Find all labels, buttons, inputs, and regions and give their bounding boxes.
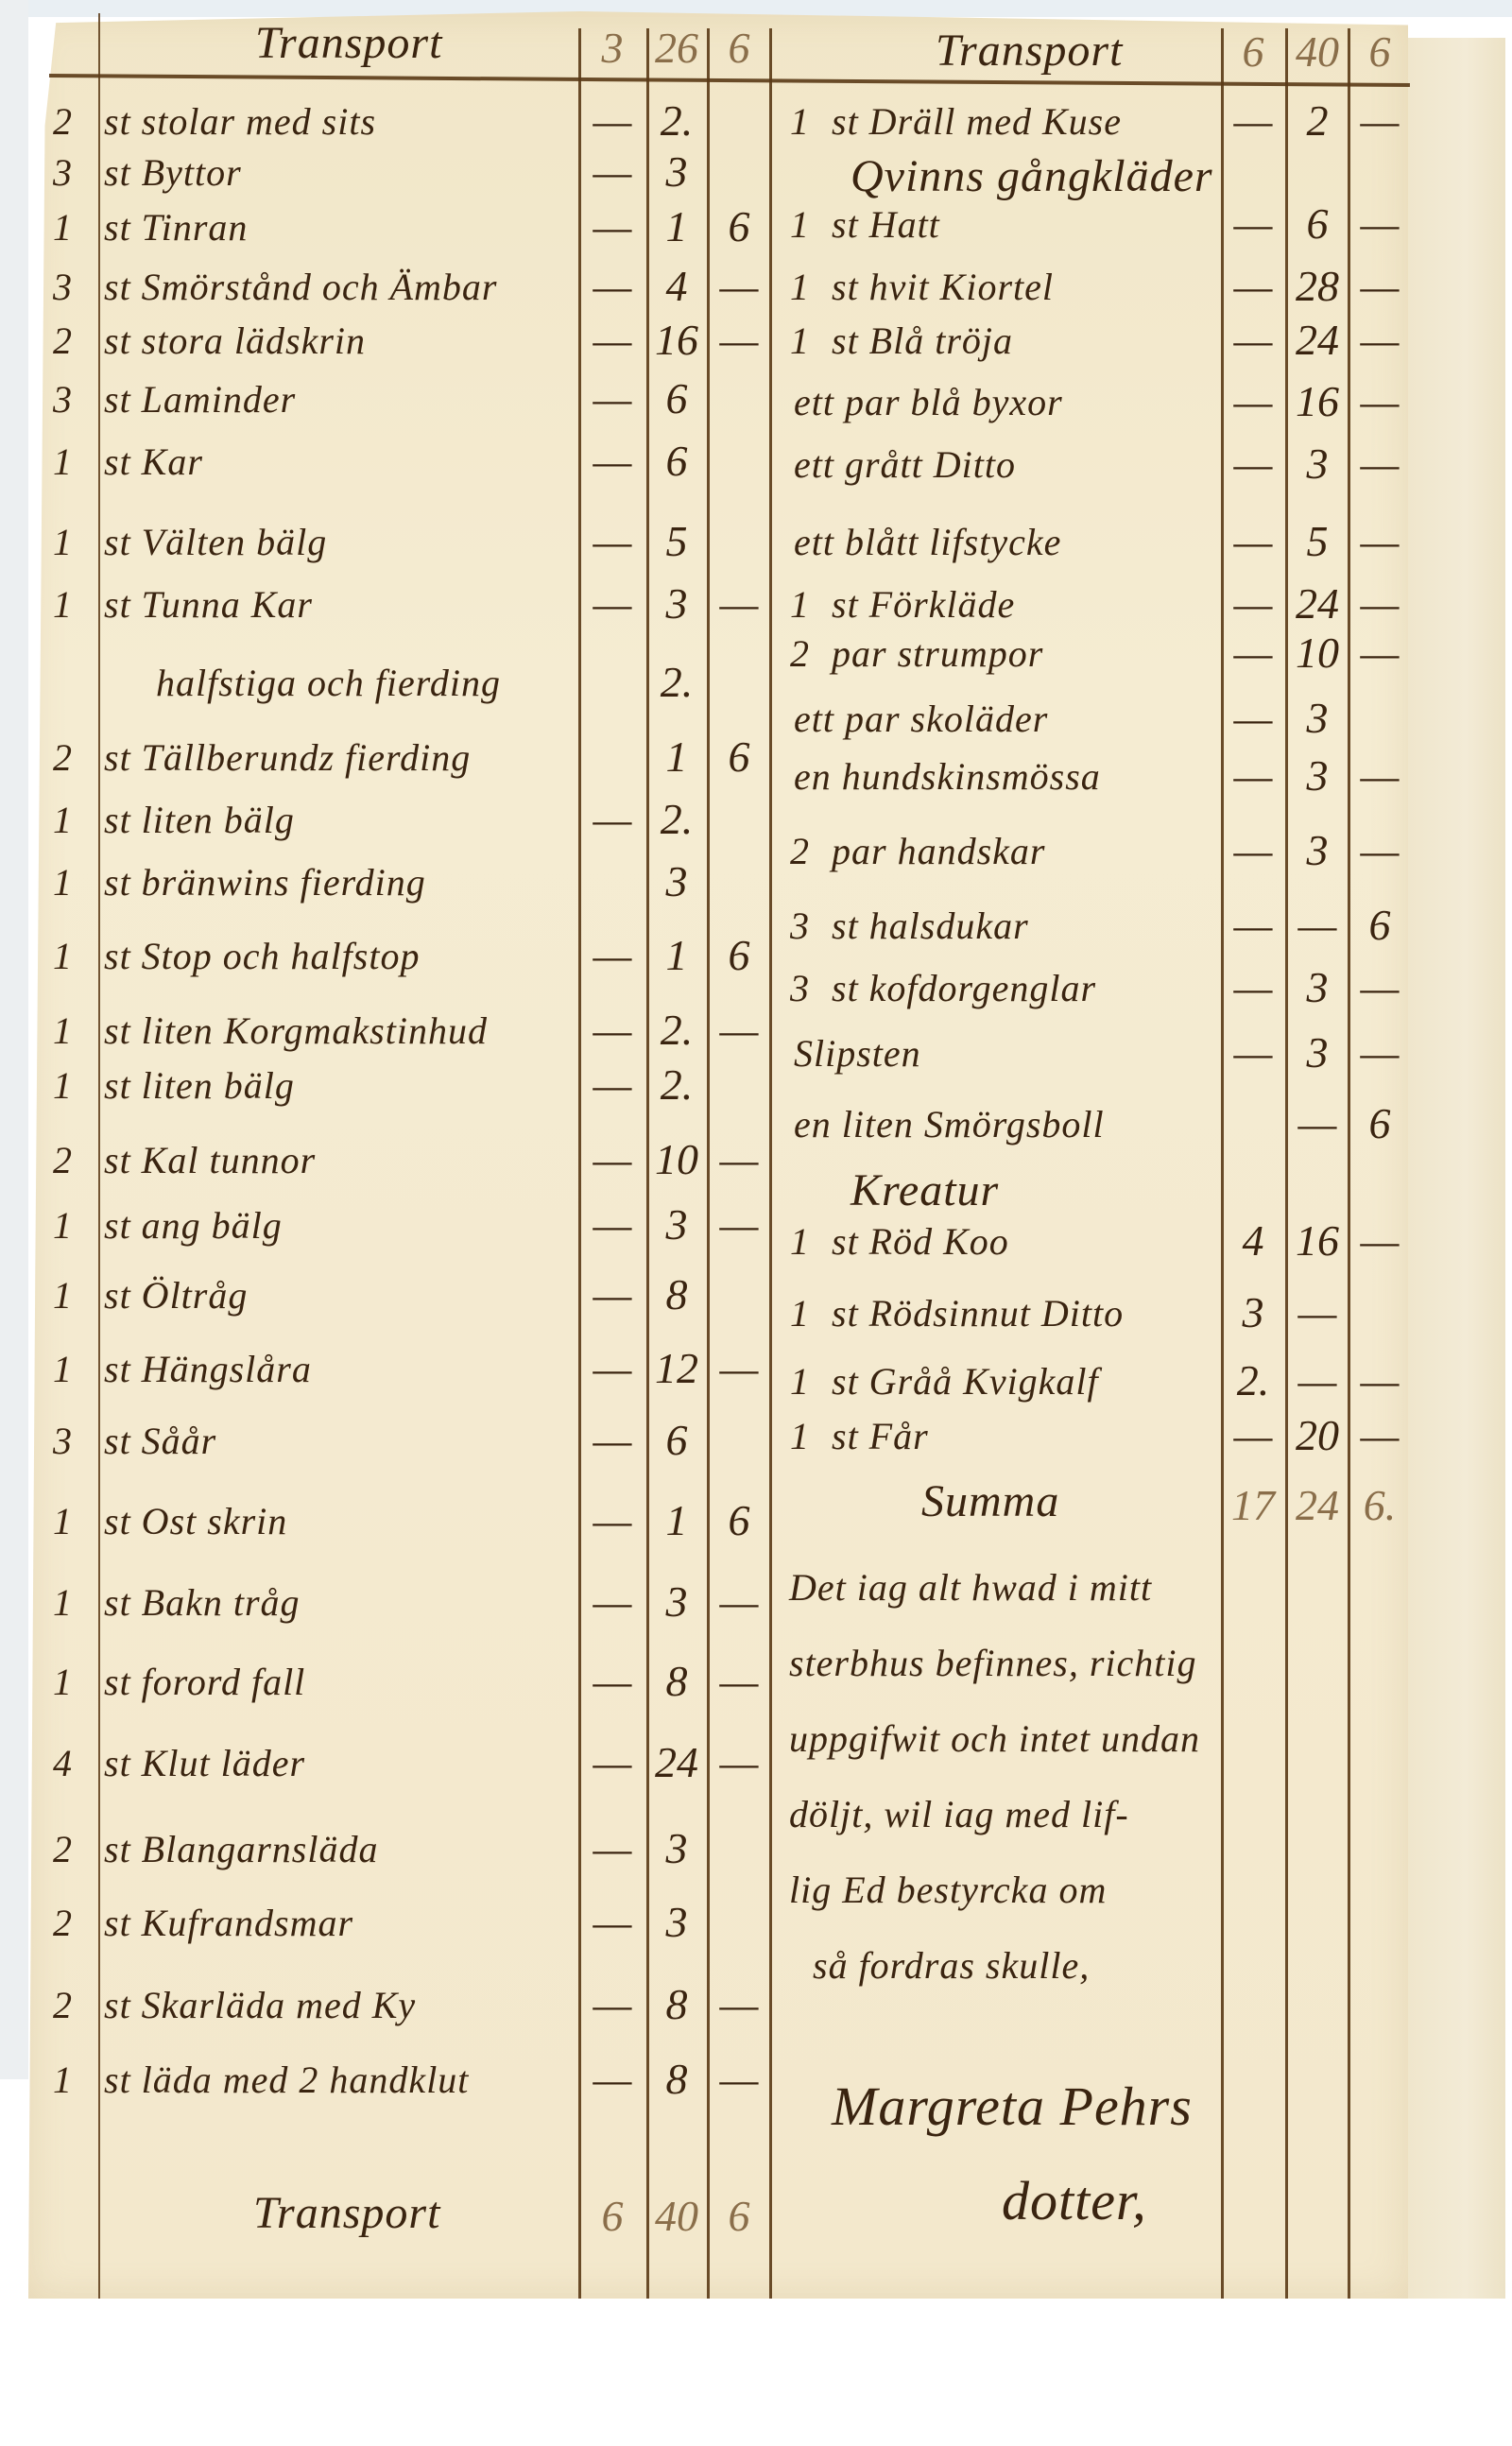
row-daler: — bbox=[584, 1983, 641, 2026]
row-runstycken: — bbox=[711, 1203, 767, 1247]
left-footer-skilling: 40 bbox=[648, 2195, 705, 2238]
row-quantity: 1 bbox=[790, 268, 810, 306]
row-description: st Kal tunnor bbox=[104, 1142, 316, 1180]
row-skilling: 3 bbox=[648, 582, 705, 626]
row-quantity: 1 bbox=[790, 1295, 810, 1333]
row-quantity: 1 bbox=[53, 938, 73, 975]
row-skilling: — bbox=[1289, 1291, 1346, 1335]
row-runstycken: — bbox=[1351, 99, 1408, 143]
row-skilling: 5 bbox=[1289, 520, 1346, 563]
row-description: st Får bbox=[832, 1418, 929, 1456]
right-header-daler: 6 bbox=[1225, 30, 1281, 74]
row-skilling: 3 bbox=[648, 1827, 705, 1870]
left-col1-rule bbox=[578, 28, 581, 2299]
left-footer-daler: 6 bbox=[584, 2195, 641, 2238]
row-description: st Klut läder bbox=[104, 1745, 305, 1783]
row-skilling: 8 bbox=[648, 1660, 705, 1703]
row-description: st Röd Koo bbox=[832, 1223, 1009, 1261]
row-skilling: 3 bbox=[648, 150, 705, 194]
row-runstycken: — bbox=[1351, 319, 1408, 362]
row-daler: — bbox=[584, 1741, 641, 1784]
row-description: Slipsten bbox=[794, 1035, 921, 1073]
row-quantity: 1 bbox=[53, 2061, 73, 2099]
row-runstycken: — bbox=[1351, 265, 1408, 308]
row-quantity: 2 bbox=[53, 1904, 73, 1942]
row-daler: — bbox=[1225, 99, 1281, 143]
row-skilling: 8 bbox=[648, 1983, 705, 2026]
row-skilling: 3 bbox=[1289, 697, 1346, 740]
section-heading-label: Qvinns gångkläder bbox=[850, 154, 1213, 199]
row-daler: — bbox=[584, 934, 641, 977]
row-description: par handskar bbox=[832, 833, 1045, 870]
row-description: st stolar med sits bbox=[104, 103, 376, 141]
row-quantity: 1 bbox=[790, 586, 810, 624]
row-quantity: 2 bbox=[790, 635, 810, 673]
row-daler: — bbox=[584, 99, 641, 143]
signature-line-2: dotter, bbox=[1002, 2174, 1147, 2229]
row-skilling: 2. bbox=[648, 1008, 705, 1052]
row-description: st Dräll med Kuse bbox=[832, 103, 1122, 141]
row-daler: 4 bbox=[1225, 1219, 1281, 1263]
row-description: en hundskinsmössa bbox=[794, 758, 1101, 796]
row-skilling: 2. bbox=[648, 798, 705, 841]
row-skilling: 8 bbox=[648, 2058, 705, 2101]
row-quantity: 2 bbox=[53, 739, 73, 777]
row-quantity: 3 bbox=[53, 154, 73, 192]
row-skilling: 3 bbox=[648, 1580, 705, 1624]
right-col3-rule bbox=[1348, 28, 1350, 2299]
right-col1-rule bbox=[1221, 28, 1224, 2299]
row-skilling: 10 bbox=[648, 1138, 705, 1181]
row-description: ett grått Ditto bbox=[794, 446, 1016, 484]
row-description: st Blå tröja bbox=[832, 322, 1013, 360]
row-skilling: 6 bbox=[648, 1419, 705, 1462]
row-runstycken: 6 bbox=[711, 205, 767, 249]
row-runstycken: — bbox=[1351, 829, 1408, 872]
left-col3-rule bbox=[707, 28, 710, 2299]
row-quantity: 2 bbox=[53, 1142, 73, 1180]
row-runstycken: — bbox=[711, 1660, 767, 1703]
summary-label: Summa bbox=[921, 1479, 1059, 1524]
right-header-label: Transport bbox=[936, 28, 1123, 74]
row-skilling: 5 bbox=[648, 520, 705, 563]
row-skilling: 2 bbox=[1289, 99, 1346, 143]
closing-line-4: döljt, wil iag med lif- bbox=[789, 1796, 1129, 1834]
row-skilling: 12 bbox=[648, 1347, 705, 1390]
row-daler: — bbox=[584, 1203, 641, 1247]
row-description: st Smörstånd och Ämbar bbox=[104, 268, 497, 306]
summary-skilling: 24 bbox=[1289, 1484, 1346, 1527]
row-description: st Tunna Kar bbox=[104, 586, 313, 624]
row-quantity: 1 bbox=[53, 586, 73, 624]
row-description: st hvit Kiortel bbox=[832, 268, 1054, 306]
row-daler: — bbox=[584, 1063, 641, 1107]
row-quantity: 1 bbox=[53, 1503, 73, 1541]
row-runstycken: — bbox=[711, 2058, 767, 2101]
row-skilling: 4 bbox=[648, 265, 705, 308]
row-daler: — bbox=[584, 1347, 641, 1390]
row-daler: — bbox=[584, 582, 641, 626]
row-skilling: 10 bbox=[1289, 631, 1346, 675]
row-skilling: 24 bbox=[648, 1741, 705, 1784]
row-daler: — bbox=[1225, 1414, 1281, 1457]
row-description: st ang bälg bbox=[104, 1207, 283, 1245]
row-quantity: 1 bbox=[53, 801, 73, 839]
row-runstycken: — bbox=[1351, 1414, 1408, 1457]
row-runstycken: — bbox=[1351, 202, 1408, 246]
row-skilling: 1 bbox=[648, 735, 705, 779]
table-divider-rule bbox=[769, 28, 772, 2299]
right-col2-rule bbox=[1285, 28, 1288, 2299]
row-description: halfstiga och fierding bbox=[156, 664, 501, 702]
row-daler: — bbox=[584, 1580, 641, 1624]
row-description: st forord fall bbox=[104, 1663, 305, 1701]
row-skilling: 2. bbox=[648, 99, 705, 143]
row-runstycken: — bbox=[1351, 442, 1408, 486]
row-runstycken: — bbox=[1351, 966, 1408, 1009]
row-skilling: 2. bbox=[648, 1063, 705, 1107]
left-footer-label: Transport bbox=[253, 2191, 440, 2236]
row-skilling: 6 bbox=[648, 439, 705, 483]
row-skilling: 16 bbox=[648, 319, 705, 362]
row-quantity: 2 bbox=[790, 833, 810, 870]
row-runstycken: — bbox=[1351, 754, 1408, 798]
row-daler: — bbox=[584, 1419, 641, 1462]
paper-fold-strip bbox=[1406, 38, 1505, 2299]
summary-runstycken: 6. bbox=[1351, 1484, 1408, 1527]
row-runstycken: — bbox=[711, 1138, 767, 1181]
row-skilling: — bbox=[1289, 1102, 1346, 1145]
row-description: st Stop och halfstop bbox=[104, 938, 420, 975]
row-skilling: 6 bbox=[648, 377, 705, 421]
row-skilling: 3 bbox=[1289, 829, 1346, 872]
closing-line-2: sterbhus befinnes, richtig bbox=[789, 1645, 1197, 1682]
row-daler: — bbox=[584, 1273, 641, 1317]
section-heading-label: Kreatur bbox=[850, 1168, 999, 1214]
row-daler: — bbox=[584, 1499, 641, 1542]
row-daler: — bbox=[584, 1901, 641, 1944]
row-quantity: 1 bbox=[790, 206, 810, 244]
row-skilling: 1 bbox=[648, 934, 705, 977]
row-description: st liten bälg bbox=[104, 1067, 295, 1105]
row-skilling: 24 bbox=[1289, 319, 1346, 362]
row-daler: — bbox=[584, 439, 641, 483]
row-daler: — bbox=[1225, 966, 1281, 1009]
row-daler: — bbox=[584, 1138, 641, 1181]
row-quantity: 1 bbox=[53, 864, 73, 902]
row-quantity: 1 bbox=[790, 1223, 810, 1261]
row-skilling: 8 bbox=[648, 1273, 705, 1317]
row-quantity: 2 bbox=[53, 1831, 73, 1869]
row-quantity: 2 bbox=[53, 1987, 73, 2024]
row-daler: — bbox=[584, 205, 641, 249]
row-quantity: 1 bbox=[790, 322, 810, 360]
row-runstycken: — bbox=[711, 1741, 767, 1784]
row-description: st Hängslåra bbox=[104, 1351, 312, 1388]
left-header-daler: 3 bbox=[584, 26, 641, 70]
scan-background-left bbox=[0, 0, 28, 2079]
row-runstycken: 6 bbox=[1351, 904, 1408, 947]
row-quantity: 1 bbox=[53, 524, 73, 561]
left-header-skilling: 26 bbox=[648, 26, 705, 70]
summary-daler: 17 bbox=[1225, 1484, 1281, 1527]
row-daler: — bbox=[584, 150, 641, 194]
row-skilling: 6 bbox=[1289, 202, 1346, 246]
row-daler: — bbox=[1225, 904, 1281, 947]
row-skilling: 3 bbox=[648, 1901, 705, 1944]
row-description: st Förkläde bbox=[832, 586, 1015, 624]
row-daler: — bbox=[584, 2058, 641, 2101]
row-description: en liten Smörgsboll bbox=[794, 1106, 1105, 1144]
row-description: st liten Korgmakstinhud bbox=[104, 1012, 488, 1050]
row-quantity: 1 bbox=[53, 1207, 73, 1245]
row-quantity: 1 bbox=[790, 1418, 810, 1456]
closing-line-5: lig Ed bestyrcka om bbox=[789, 1871, 1107, 1909]
row-quantity: 1 bbox=[53, 1277, 73, 1315]
row-quantity: 3 bbox=[53, 1422, 73, 1460]
row-description: ett blått lifstycke bbox=[794, 524, 1061, 561]
row-skilling: 1 bbox=[648, 205, 705, 249]
row-quantity: 1 bbox=[53, 209, 73, 247]
row-quantity: 4 bbox=[53, 1745, 73, 1783]
row-runstycken: — bbox=[711, 1580, 767, 1624]
row-quantity: 1 bbox=[53, 1012, 73, 1050]
row-quantity: 1 bbox=[790, 103, 810, 141]
row-skilling: 3 bbox=[648, 1203, 705, 1247]
row-quantity: 2 bbox=[53, 322, 73, 360]
row-skilling: 20 bbox=[1289, 1414, 1346, 1457]
row-description: st Bakn tråg bbox=[104, 1584, 301, 1622]
row-description: st Skarläda med Ky bbox=[104, 1987, 416, 2024]
row-skilling: 3 bbox=[1289, 966, 1346, 1009]
row-description: st Ost skrin bbox=[104, 1503, 287, 1541]
row-description: st stora lädskrin bbox=[104, 322, 366, 360]
row-skilling: 3 bbox=[1289, 442, 1346, 486]
row-quantity: 3 bbox=[53, 381, 73, 419]
closing-line-1: Det iag alt hwad i mitt bbox=[789, 1569, 1152, 1607]
row-daler: — bbox=[584, 319, 641, 362]
row-quantity: 1 bbox=[53, 1663, 73, 1701]
row-daler: — bbox=[1225, 631, 1281, 675]
row-runstycken: — bbox=[711, 319, 767, 362]
row-runstycken: — bbox=[1351, 1359, 1408, 1403]
row-daler: — bbox=[584, 1008, 641, 1052]
row-daler: — bbox=[584, 520, 641, 563]
row-daler: 3 bbox=[1225, 1291, 1281, 1335]
row-description: st Hatt bbox=[832, 206, 940, 244]
row-description: st Gråå Kvigkalf bbox=[832, 1363, 1099, 1401]
row-quantity: 1 bbox=[53, 1067, 73, 1105]
row-description: st läda med 2 handklut bbox=[104, 2061, 469, 2099]
row-skilling: 28 bbox=[1289, 265, 1346, 308]
row-daler: — bbox=[584, 1827, 641, 1870]
signature-line-1: Margreta Pehrs bbox=[832, 2079, 1193, 2134]
row-description: st halsdukar bbox=[832, 907, 1029, 945]
row-skilling: 3 bbox=[1289, 754, 1346, 798]
row-skilling: 16 bbox=[1289, 1219, 1346, 1263]
row-runstycken: 6 bbox=[711, 1499, 767, 1542]
row-description: st Tinran bbox=[104, 209, 248, 247]
row-quantity: 3 bbox=[790, 907, 810, 945]
row-quantity: 1 bbox=[53, 1584, 73, 1622]
row-daler: — bbox=[584, 798, 641, 841]
row-runstycken: 6 bbox=[1351, 1102, 1408, 1145]
row-skilling: 16 bbox=[1289, 380, 1346, 423]
right-header-skilling: 40 bbox=[1289, 30, 1346, 74]
row-runstycken: — bbox=[1351, 1031, 1408, 1075]
row-daler: — bbox=[1225, 697, 1281, 740]
row-description: ett par skoläder bbox=[794, 700, 1048, 738]
row-description: st liten bälg bbox=[104, 801, 295, 839]
left-footer-runstycken: 6 bbox=[711, 2195, 767, 2238]
row-skilling: — bbox=[1289, 904, 1346, 947]
row-daler: — bbox=[1225, 520, 1281, 563]
row-runstycken: — bbox=[711, 1008, 767, 1052]
row-daler: — bbox=[1225, 380, 1281, 423]
closing-line-3: uppgifwit och intet undan bbox=[789, 1720, 1200, 1758]
left-header-label: Transport bbox=[255, 21, 442, 66]
row-quantity: 1 bbox=[790, 1363, 810, 1401]
left-margin-rule bbox=[98, 13, 100, 2299]
row-description: st Välten bälg bbox=[104, 524, 327, 561]
row-daler: — bbox=[584, 1660, 641, 1703]
row-description: st kofdorgenglar bbox=[832, 970, 1096, 1008]
row-description: st Blangarnsläda bbox=[104, 1831, 378, 1869]
row-runstycken: — bbox=[1351, 631, 1408, 675]
row-description: st Byttor bbox=[104, 154, 242, 192]
row-daler: — bbox=[584, 265, 641, 308]
left-header-runstycken: 6 bbox=[711, 26, 767, 70]
row-quantity: 2 bbox=[53, 103, 73, 141]
row-description: st Öltråg bbox=[104, 1277, 248, 1315]
row-description: st bränwins fierding bbox=[104, 864, 426, 902]
row-runstycken: — bbox=[1351, 582, 1408, 626]
row-quantity: 3 bbox=[790, 970, 810, 1008]
row-runstycken: 6 bbox=[711, 934, 767, 977]
row-runstycken: — bbox=[711, 1347, 767, 1390]
row-daler: — bbox=[1225, 582, 1281, 626]
row-skilling: — bbox=[1289, 1359, 1346, 1403]
row-runstycken: — bbox=[711, 582, 767, 626]
row-description: st Såår bbox=[104, 1422, 216, 1460]
row-daler: 2. bbox=[1225, 1359, 1281, 1403]
row-runstycken: — bbox=[711, 265, 767, 308]
row-runstycken: — bbox=[1351, 520, 1408, 563]
row-description: st Rödsinnut Ditto bbox=[832, 1295, 1124, 1333]
row-description: st Kufrandsmar bbox=[104, 1904, 353, 1942]
row-daler: — bbox=[1225, 1031, 1281, 1075]
row-daler: — bbox=[1225, 754, 1281, 798]
row-skilling: 2. bbox=[648, 661, 705, 704]
row-runstycken: — bbox=[1351, 380, 1408, 423]
closing-line-6: så fordras skulle, bbox=[813, 1947, 1090, 1985]
row-runstycken: — bbox=[1351, 1219, 1408, 1263]
row-skilling: 1 bbox=[648, 1499, 705, 1542]
row-runstycken: 6 bbox=[711, 735, 767, 779]
row-daler: — bbox=[1225, 319, 1281, 362]
row-daler: — bbox=[1225, 829, 1281, 872]
row-daler: — bbox=[1225, 442, 1281, 486]
row-runstycken: — bbox=[711, 1983, 767, 2026]
row-description: st Tällberundz fierding bbox=[104, 739, 471, 777]
row-quantity: 3 bbox=[53, 268, 73, 306]
row-quantity: 1 bbox=[53, 1351, 73, 1388]
row-description: st Laminder bbox=[104, 381, 296, 419]
row-skilling: 3 bbox=[648, 860, 705, 904]
row-description: par strumpor bbox=[832, 635, 1043, 673]
row-description: ett par blå byxor bbox=[794, 384, 1063, 422]
row-description: st Kar bbox=[104, 443, 203, 481]
row-daler: — bbox=[584, 377, 641, 421]
row-daler: — bbox=[1225, 265, 1281, 308]
row-skilling: 3 bbox=[1289, 1031, 1346, 1075]
row-daler: — bbox=[1225, 202, 1281, 246]
row-quantity: 1 bbox=[53, 443, 73, 481]
row-skilling: 24 bbox=[1289, 582, 1346, 626]
right-header-runstycken: 6 bbox=[1351, 30, 1408, 74]
